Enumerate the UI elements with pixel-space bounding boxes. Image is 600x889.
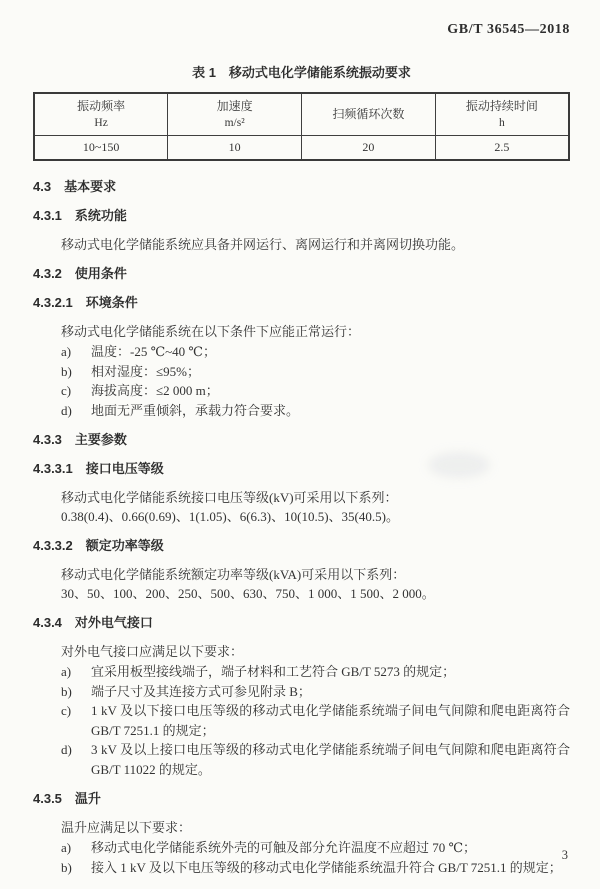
paragraph-line: 移动式电化学储能系统接口电压等级(kV)可采用以下系列： xyxy=(61,488,570,507)
section-number: 4.3.2 xyxy=(33,264,62,283)
list-item: a)移动式电化学储能系统外壳的可触及部分允许温度不应超过 70 ℃； xyxy=(33,838,570,858)
table-cell: 20 xyxy=(302,136,436,161)
section-number: 4.3.2.1 xyxy=(33,293,73,312)
paragraph-line: 移动式电化学储能系统应具备并网运行、离网运行和并离网切换功能。 xyxy=(61,235,570,254)
standard-code: GB/T 36545—2018 xyxy=(33,22,570,38)
item-list: a)宜采用板型接线端子，端子材料和工艺符合 GB/T 5273 的规定；b)端子… xyxy=(33,662,570,779)
list-item-label: b) xyxy=(61,858,91,878)
item-list: a)移动式电化学储能系统外壳的可触及部分允许温度不应超过 70 ℃；b)接入 1… xyxy=(33,838,570,877)
list-item-label: a) xyxy=(61,342,91,362)
col-header-label: 振动持续时间 xyxy=(436,98,568,115)
page-number: 3 xyxy=(562,848,568,863)
section-heading-4.3: 4.3基本要求 xyxy=(33,177,570,196)
table-col-header: 振动持续时间h xyxy=(435,93,569,136)
document-body: 4.3基本要求4.3.1系统功能移动式电化学储能系统应具备并网运行、离网运行和并… xyxy=(33,177,570,877)
paragraph: 移动式电化学储能系统额定功率等级(kVA)可采用以下系列：30、50、100、2… xyxy=(33,565,570,603)
col-header-label: 扫频循环次数 xyxy=(302,106,435,123)
table-row: 10~15010202.5 xyxy=(34,136,569,161)
section-title: 使用条件 xyxy=(75,264,127,283)
list-item-label: c) xyxy=(61,381,91,401)
document-page: GB/T 36545—2018 表 1 移动式电化学储能系统振动要求 振动频率H… xyxy=(0,0,600,875)
list-item: d)3 kV 及以上接口电压等级的移动式电化学储能系统端子间电气间隙和爬电距离符… xyxy=(33,740,570,779)
section-number: 4.3 xyxy=(33,177,51,196)
list-item-label: b) xyxy=(61,362,91,382)
list-item-text: 接入 1 kV 及以下电压等级的移动式电化学储能系统温升符合 GB/T 7251… xyxy=(91,858,570,878)
paragraph: 移动式电化学储能系统应具备并网运行、离网运行和并离网切换功能。 xyxy=(33,235,570,254)
list-item: c)海拔高度：≤2 000 m； xyxy=(33,381,570,401)
list-item-label: a) xyxy=(61,838,91,858)
list-item-text: 地面无严重倾斜，承载力符合要求。 xyxy=(91,401,570,421)
paragraph-line: 温升应满足以下要求： xyxy=(61,818,570,837)
paragraph-line: 移动式电化学储能系统在以下条件下应能正常运行： xyxy=(61,322,570,341)
section-title: 接口电压等级 xyxy=(86,459,164,478)
list-item-text: 移动式电化学储能系统外壳的可触及部分允许温度不应超过 70 ℃； xyxy=(91,838,570,858)
item-list: a)温度：-25 ℃~40 ℃；b)相对湿度：≤95%；c)海拔高度：≤2 00… xyxy=(33,342,570,420)
paragraph: 移动式电化学储能系统接口电压等级(kV)可采用以下系列：0.38(0.4)、0.… xyxy=(33,488,570,526)
col-header-label: 振动频率 xyxy=(35,98,167,115)
paragraph-line: 0.38(0.4)、0.66(0.69)、1(1.05)、6(6.3)、10(1… xyxy=(61,507,570,526)
section-number: 4.3.3.2 xyxy=(33,536,73,555)
list-item: b)相对湿度：≤95%； xyxy=(33,362,570,382)
list-item-label: d) xyxy=(61,740,91,779)
section-heading-4.3.5: 4.3.5温升 xyxy=(33,789,570,808)
col-header-unit: m/s² xyxy=(168,115,301,132)
list-item: a)温度：-25 ℃~40 ℃； xyxy=(33,342,570,362)
section-number: 4.3.5 xyxy=(33,789,62,808)
paragraph-line: 30、50、100、200、250、500、630、750、1 000、1 50… xyxy=(61,584,570,603)
list-item-text: 温度：-25 ℃~40 ℃； xyxy=(91,342,570,362)
section-heading-4.3.3: 4.3.3主要参数 xyxy=(33,430,570,449)
table-cell: 2.5 xyxy=(435,136,569,161)
section-number: 4.3.4 xyxy=(33,613,62,632)
table-body: 10~15010202.5 xyxy=(34,136,569,161)
list-item: d)地面无严重倾斜，承载力符合要求。 xyxy=(33,401,570,421)
list-item: b)端子尺寸及其连接方式可参见附录 B； xyxy=(33,682,570,702)
paragraph: 对外电气接口应满足以下要求： xyxy=(33,642,570,661)
section-title: 对外电气接口 xyxy=(75,613,153,632)
vibration-requirements-table: 振动频率Hz加速度m/s²扫频循环次数振动持续时间h 10~15010202.5 xyxy=(33,92,570,161)
col-header-unit: Hz xyxy=(35,115,167,132)
table-col-header: 加速度m/s² xyxy=(168,93,302,136)
section-title: 额定功率等级 xyxy=(86,536,164,555)
col-header-label: 加速度 xyxy=(168,98,301,115)
section-title: 基本要求 xyxy=(64,177,116,196)
section-title: 系统功能 xyxy=(75,206,127,225)
list-item-text: 海拔高度：≤2 000 m； xyxy=(91,381,570,401)
list-item-text: 端子尺寸及其连接方式可参见附录 B； xyxy=(91,682,570,702)
list-item-text: 1 kV 及以下接口电压等级的移动式电化学储能系统端子间电气间隙和爬电距离符合 … xyxy=(91,701,570,740)
section-heading-4.3.3.1: 4.3.3.1接口电压等级 xyxy=(33,459,570,478)
paragraph-line: 对外电气接口应满足以下要求： xyxy=(61,642,570,661)
section-heading-4.3.1: 4.3.1系统功能 xyxy=(33,206,570,225)
section-title: 温升 xyxy=(75,789,101,808)
section-heading-4.3.4: 4.3.4对外电气接口 xyxy=(33,613,570,632)
list-item-label: b) xyxy=(61,682,91,702)
list-item-label: d) xyxy=(61,401,91,421)
table-header: 振动频率Hz加速度m/s²扫频循环次数振动持续时间h xyxy=(34,93,569,136)
table-col-header: 扫频循环次数 xyxy=(302,93,436,136)
list-item: b)接入 1 kV 及以下电压等级的移动式电化学储能系统温升符合 GB/T 72… xyxy=(33,858,570,878)
list-item: c)1 kV 及以下接口电压等级的移动式电化学储能系统端子间电气间隙和爬电距离符… xyxy=(33,701,570,740)
section-heading-4.3.3.2: 4.3.3.2额定功率等级 xyxy=(33,536,570,555)
section-number: 4.3.3.1 xyxy=(33,459,73,478)
table-caption: 表 1 移动式电化学储能系统振动要求 xyxy=(33,62,570,81)
table-col-header: 振动频率Hz xyxy=(34,93,168,136)
section-title: 主要参数 xyxy=(75,430,127,449)
list-item-text: 相对湿度：≤95%； xyxy=(91,362,570,382)
list-item-text: 3 kV 及以上接口电压等级的移动式电化学储能系统端子间电气间隙和爬电距离符合 … xyxy=(91,740,570,779)
list-item-label: a) xyxy=(61,662,91,682)
list-item-label: c) xyxy=(61,701,91,740)
col-header-unit: h xyxy=(436,115,568,132)
paragraph-line: 移动式电化学储能系统额定功率等级(kVA)可采用以下系列： xyxy=(61,565,570,584)
table-cell: 10~150 xyxy=(34,136,168,161)
section-heading-4.3.2: 4.3.2使用条件 xyxy=(33,264,570,283)
list-item-text: 宜采用板型接线端子，端子材料和工艺符合 GB/T 5273 的规定； xyxy=(91,662,570,682)
paragraph: 移动式电化学储能系统在以下条件下应能正常运行： xyxy=(33,322,570,341)
section-title: 环境条件 xyxy=(86,293,138,312)
section-number: 4.3.3 xyxy=(33,430,62,449)
section-number: 4.3.1 xyxy=(33,206,62,225)
list-item: a)宜采用板型接线端子，端子材料和工艺符合 GB/T 5273 的规定； xyxy=(33,662,570,682)
section-heading-4.3.2.1: 4.3.2.1环境条件 xyxy=(33,293,570,312)
paragraph: 温升应满足以下要求： xyxy=(33,818,570,837)
table-header-row: 振动频率Hz加速度m/s²扫频循环次数振动持续时间h xyxy=(34,93,569,136)
table-cell: 10 xyxy=(168,136,302,161)
